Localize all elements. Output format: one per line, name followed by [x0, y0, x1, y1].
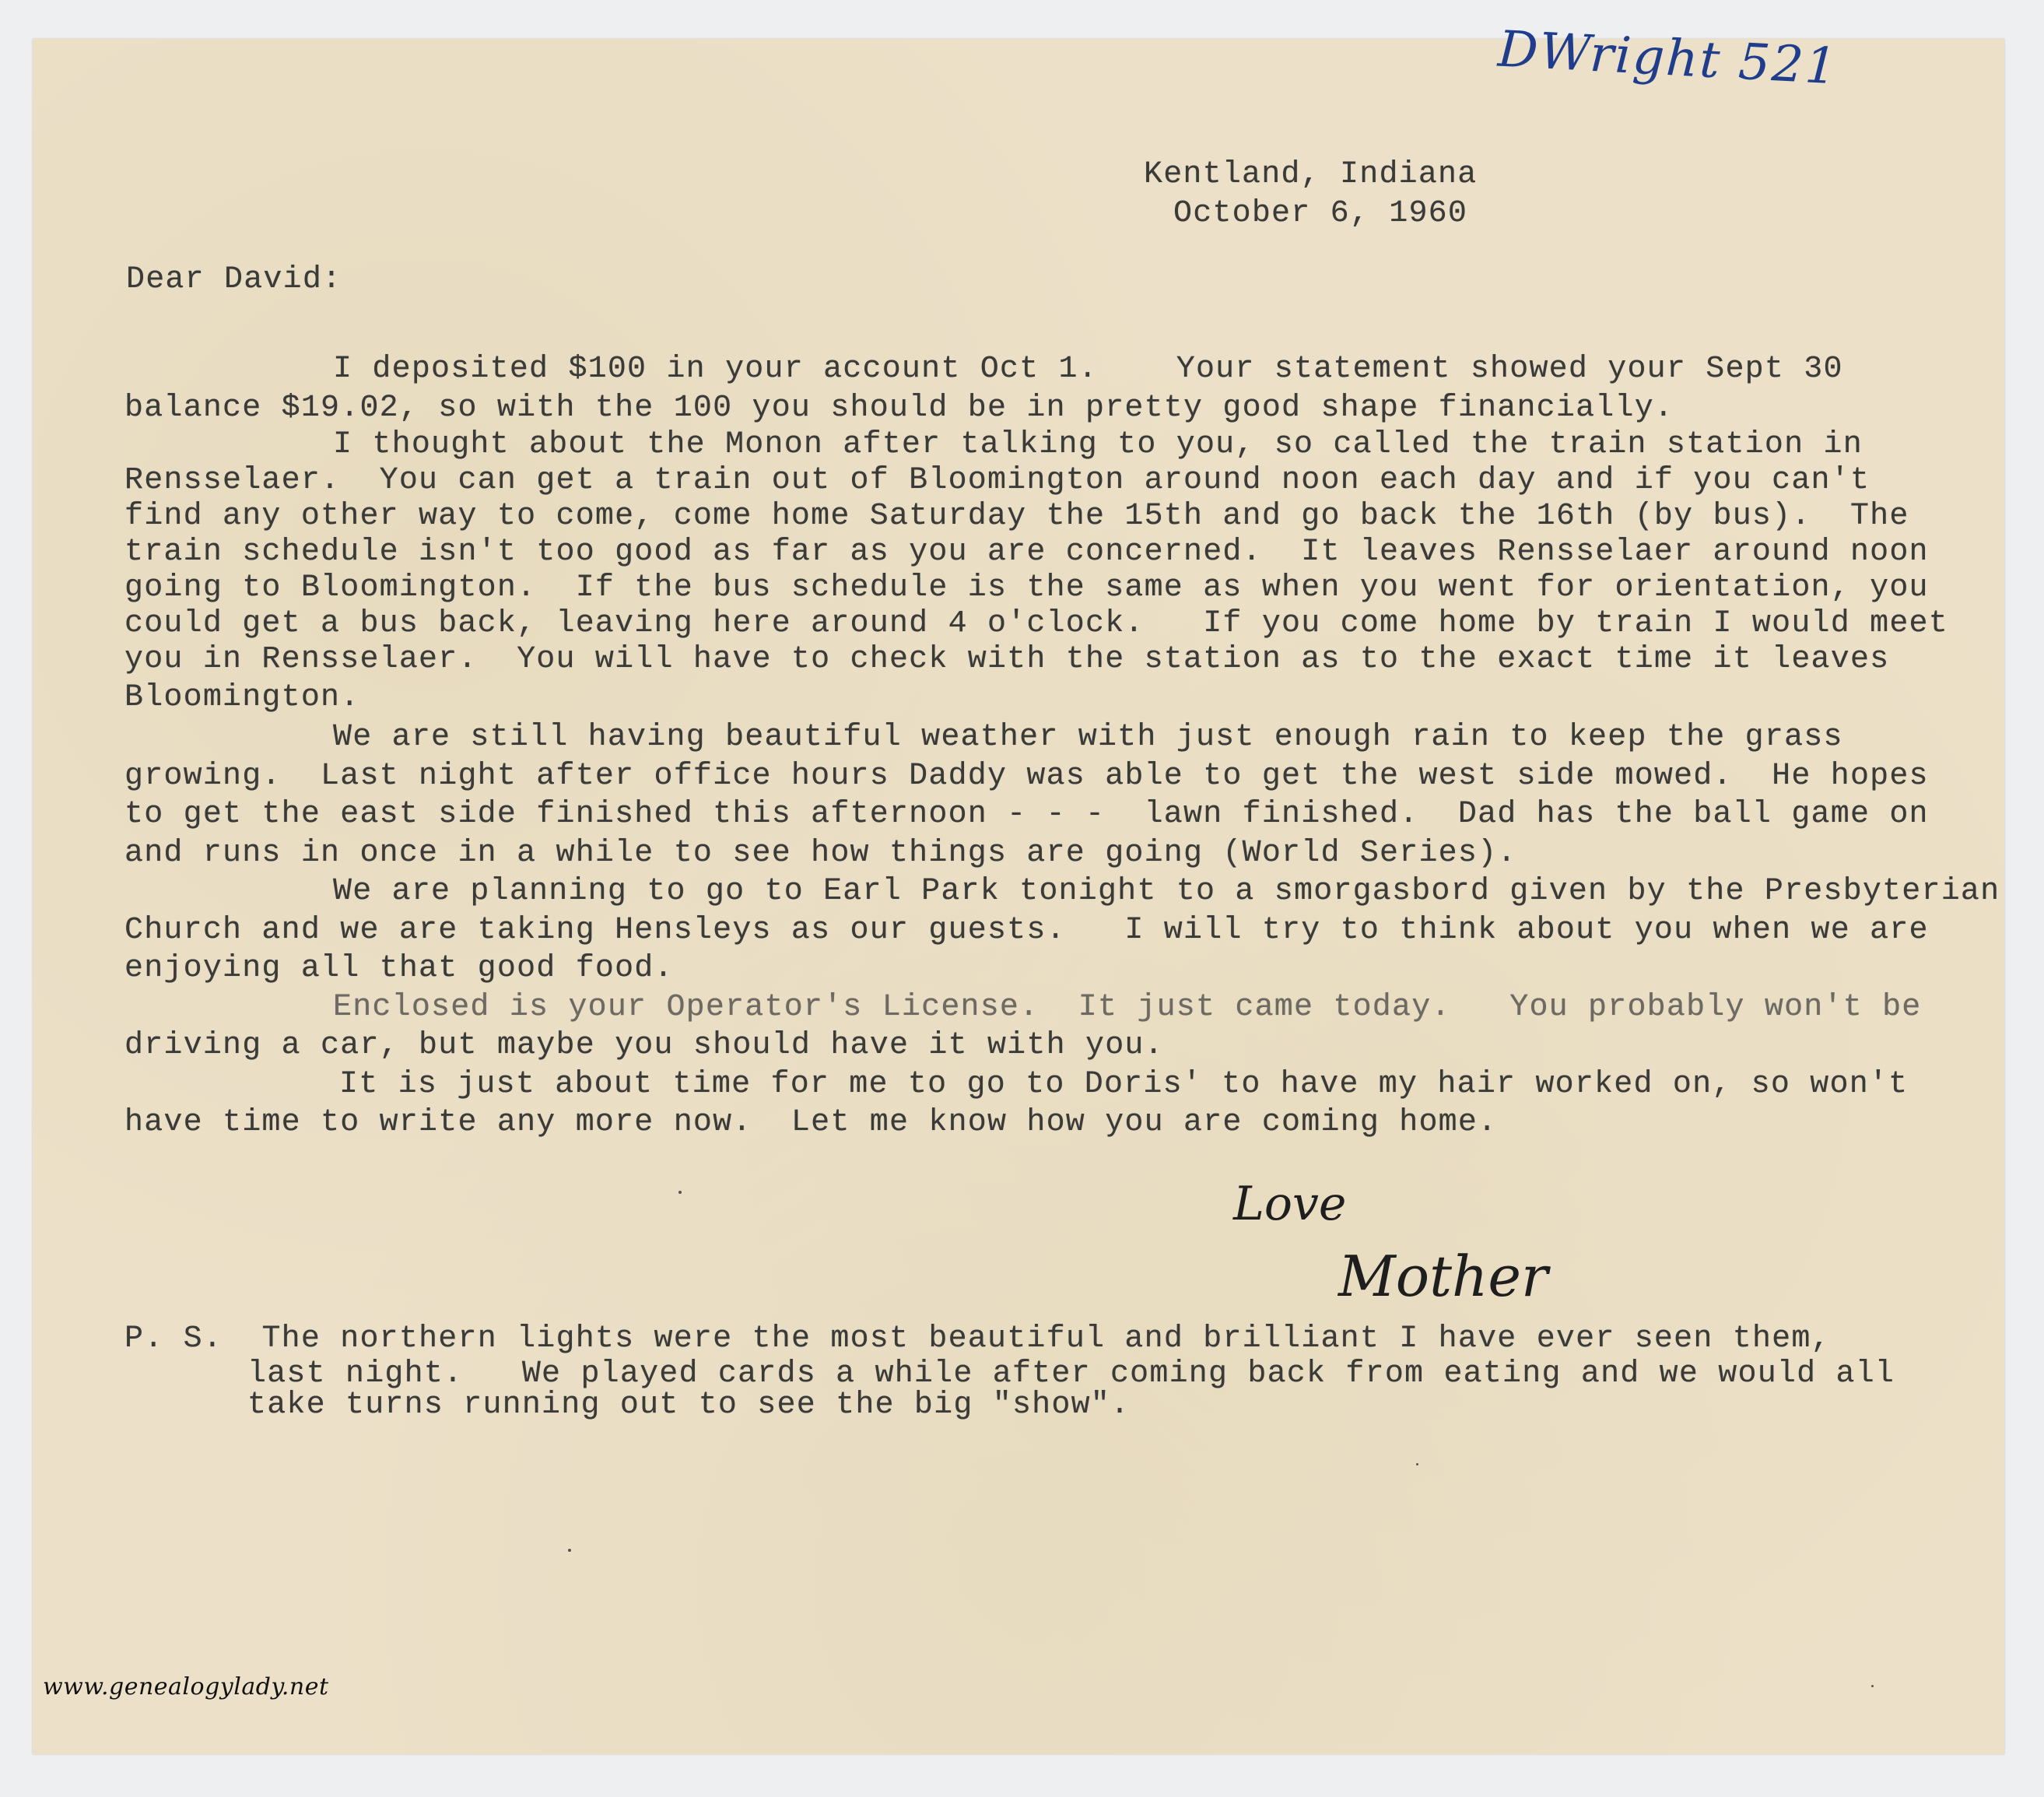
- paper-speck: [568, 1549, 571, 1552]
- body-line: growing. Last night after office hours D…: [124, 757, 2000, 796]
- body-line: I deposited $100 in your account Oct 1. …: [124, 350, 2000, 389]
- letter-body: I deposited $100 in your account Oct 1. …: [124, 350, 2000, 1142]
- body-line: going to Bloomington. If the bus schedul…: [124, 570, 2000, 606]
- body-line: Church and we are taking Hensleys as our…: [124, 911, 2000, 950]
- body-line: It is just about time for me to go to Do…: [124, 1065, 2000, 1104]
- sender-block: Kentland, Indiana October 6, 1960: [1144, 156, 1477, 233]
- body-line: We are still having beautiful weather wi…: [124, 718, 2000, 757]
- body-line: have time to write any more now. Let me …: [124, 1104, 2000, 1142]
- body-line: find any other way to come, come home Sa…: [124, 499, 2000, 535]
- body-line: could get a bus back, leaving here aroun…: [124, 606, 2000, 642]
- sender-place: Kentland, Indiana: [1144, 156, 1477, 195]
- body-line: and runs in once in a while to see how t…: [124, 834, 2000, 873]
- paper-speck: [678, 1191, 682, 1194]
- body-line: I thought about the Monon after talking …: [124, 427, 2000, 463]
- body-line: you in Rensselaer. You will have to chec…: [124, 642, 2000, 678]
- salutation: Dear David:: [126, 261, 342, 300]
- postscript-label: P. S.: [124, 1321, 223, 1357]
- letter-date: October 6, 1960: [1144, 195, 1477, 233]
- body-line: driving a car, but maybe you should have…: [124, 1027, 2000, 1065]
- watermark: www.genealogylady.net: [43, 1673, 329, 1700]
- body-line: to get the east side finished this after…: [124, 795, 2000, 834]
- signature: Mother: [1338, 1244, 1548, 1309]
- postscript-line: P. S. The northern lights were the most …: [124, 1320, 1895, 1359]
- body-line: train schedule isn't too good as far as …: [124, 535, 2000, 570]
- paper-speck: [1416, 1463, 1418, 1465]
- valediction: Love: [1233, 1177, 1346, 1231]
- body-line: Enclosed is your Operator's License. It …: [124, 988, 2000, 1027]
- body-line: We are planning to go to Earl Park tonig…: [124, 872, 2000, 911]
- body-line: Rensselaer. You can get a train out of B…: [124, 463, 2000, 499]
- postscript: P. S. The northern lights were the most …: [124, 1320, 1895, 1421]
- postscript-line: take turns running out to see the big "s…: [124, 1390, 1895, 1421]
- body-line: Bloomington.: [124, 678, 2000, 718]
- body-line: enjoying all that good food.: [124, 949, 2000, 988]
- paper-speck: [1871, 1685, 1874, 1687]
- postscript-text: The northern lights were the most beauti…: [261, 1321, 1830, 1357]
- postscript-line: last night. We played cards a while afte…: [124, 1359, 1895, 1390]
- body-line: balance $19.02, so with the 100 you shou…: [124, 389, 2000, 428]
